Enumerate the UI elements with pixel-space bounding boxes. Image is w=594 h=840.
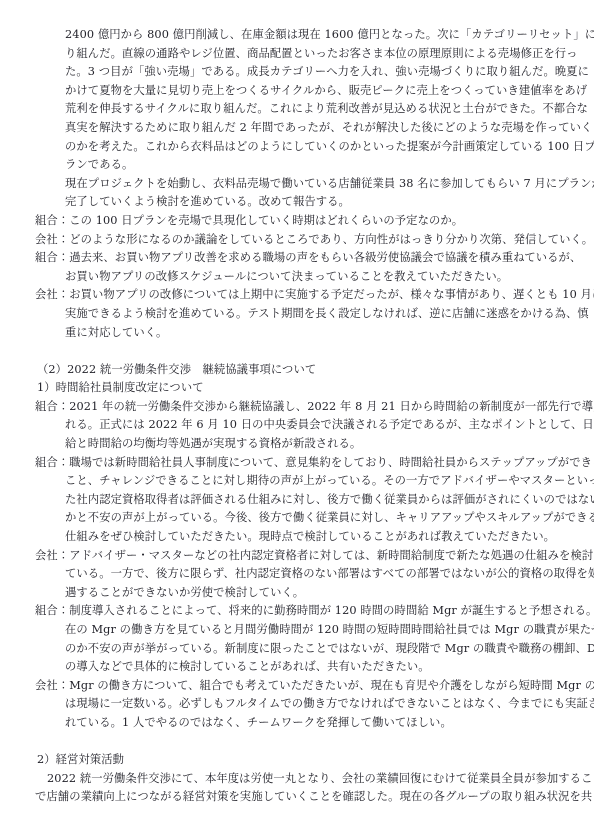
utterance-text: Mgr の働き方について、組合でも考えていただきたいが、現在も育児や介護をしなが… bbox=[69, 679, 594, 692]
text-line: ている。一方で、後方に限らず、社内認定資格のない部署はすべての部署ではないが公的… bbox=[35, 565, 562, 584]
speaker-label: 組合： bbox=[35, 214, 69, 227]
text-line: 遇することができないか労使で検討していく。 bbox=[35, 584, 562, 603]
text-line: た。3 つ目が「強い売場」である。成長カテゴリーへ力を入れ、強い売場づくりに取り… bbox=[35, 63, 562, 82]
text-line: 荒利を伸長するサイクルに取り組んだ。これにより荒利改善が見込める状況と土台ができ… bbox=[35, 100, 562, 119]
text-line: のかを考えた。これから衣料品はどのようにしていくのかといった提案が今計画策定して… bbox=[35, 138, 562, 157]
utterance-block: 組合：職場では新時間給社員人事制度について、意見集約をしており、時間給社員からス… bbox=[35, 454, 562, 547]
text-line: 現在プロジェクトを始動し、衣料品売場で働いている店舗従業員 38 名に参加しても… bbox=[35, 175, 562, 194]
paragraph-indented-block: 2400 億円から 800 億円削減し、在庫金額は現在 1600 億円となった。… bbox=[35, 26, 562, 175]
text-line: 組合：職場では新時間給社員人事制度について、意見集約をしており、時間給社員からス… bbox=[35, 454, 562, 473]
text-line: 1）時間給社員制度改定について bbox=[35, 379, 562, 398]
blank-block bbox=[35, 733, 562, 752]
text-line: 組合：この 100 日プランを売場で具現化していく時期はどれくらいの予定なのか。 bbox=[35, 212, 562, 231]
text-line: 会社：お買い物アプリの改修については上期中に実施する予定だったが、様々な事情があ… bbox=[35, 286, 562, 305]
speaker-label: 組合： bbox=[35, 604, 69, 617]
text-line: 在の Mgr の働き方を見ていると月間労働時間が 120 時間の短時間時間給社員… bbox=[35, 621, 562, 640]
text-line: 仕組みをぜひ検討していただきたい。現時点で検討していることがあれば教えていただき… bbox=[35, 528, 562, 547]
utterance-text: お買い物アプリの改修については上期中に実施する予定だったが、様々な事情があり、遅… bbox=[69, 288, 594, 301]
text-line: かと不安の声が上がっている。今後、後方で働く従業員に対し、キャリアアップやスキル… bbox=[35, 509, 562, 528]
utterance-block: 組合：制度導入されることによって、将来的に勤務時間が 120 時間の時間給 Mg… bbox=[35, 602, 562, 676]
document-page-content: 2400 億円から 800 億円削減し、在庫金額は現在 1600 億円となった。… bbox=[35, 26, 562, 807]
text-line: れる。正式には 2022 年 6 月 10 日の中央委員会で決議される予定である… bbox=[35, 416, 562, 435]
speaker-label: 組合： bbox=[35, 456, 69, 469]
utterance-block: 会社：お買い物アプリの改修については上期中に実施する予定だったが、様々な事情があ… bbox=[35, 286, 562, 342]
text-line: た社内認定資格取得者は評価される仕組みに対し、後方で働く従業員からは評価がされに… bbox=[35, 491, 562, 510]
text-line: こと、チャレンジできることに対し期待の声が上がっている。その一方でアドバイザーや… bbox=[35, 472, 562, 491]
heading-block: （2）2022 統一労働条件交渉 継続協議事項について bbox=[35, 361, 562, 380]
utterance-text: 制度導入されることによって、将来的に勤務時間が 120 時間の時間給 Mgr が… bbox=[69, 604, 594, 617]
text-line: かけて夏物を大量に見切り売上をつくるサイクルから、販売ピークに売上をつくっていき… bbox=[35, 82, 562, 101]
speaker-label: 会社： bbox=[35, 549, 69, 562]
text-line: 組合：制度導入されることによって、将来的に勤務時間が 120 時間の時間給 Mg… bbox=[35, 602, 562, 621]
text-line: 会社：アドバイザー・マスターなどの社内認定資格者に対しては、新時間給制度で新たな… bbox=[35, 547, 562, 566]
text-line: 給と時間給の均衡均等処遇が実現する資格が新設される。 bbox=[35, 435, 562, 454]
text-line: 完了していくよう検討を進めている。改めて報告する。 bbox=[35, 193, 562, 212]
text-line: で店舗の業績向上につながる経営対策を実施していくことを確認した。現在の各グループ… bbox=[35, 788, 562, 807]
speaker-label: 組合： bbox=[35, 400, 69, 413]
blank-block bbox=[35, 342, 562, 361]
utterance-block: 組合：過去来、お買い物アプリ改善を求める職場の声をもらい各級労使協議会で協議を積… bbox=[35, 249, 562, 286]
speaker-label: 会社： bbox=[35, 288, 69, 301]
text-line: 真実を解決するために取り組んだ 2 年間であったが、それが解決した後にどのような… bbox=[35, 119, 562, 138]
text-line: れている。1 人でやるのではなく、チームワークを発揮して働いてほしい。 bbox=[35, 714, 562, 733]
utterance-block: 会社：どのような形になるのか議論をしているところであり、方向性がはっきり分かり次… bbox=[35, 231, 562, 250]
speaker-label: 会社： bbox=[35, 233, 69, 246]
text-line: お買い物アプリの改修スケジュールについて決まっていることを教えていただきたい。 bbox=[35, 268, 562, 287]
utterance-block: 組合：この 100 日プランを売場で具現化していく時期はどれくらいの予定なのか。 bbox=[35, 212, 562, 231]
text-line: 実施できるよう検討を進めている。テスト期間を長く設定しなければ、逆に店舗に迷惑を… bbox=[35, 305, 562, 324]
utterance-block: 会社：Mgr の働き方について、組合でも考えていただきたいが、現在も育児や介護を… bbox=[35, 677, 562, 733]
text-line: 2）経営対策活動 bbox=[35, 751, 562, 770]
utterance-block: 組合：2021 年の統一労働条件交渉から継続協議し、2022 年 8 月 21 … bbox=[35, 398, 562, 454]
utterance-text: 職場では新時間給社員人事制度について、意見集約をしており、時間給社員からステップ… bbox=[69, 456, 594, 469]
text-line: り組んだ。直線の通路やレジ位置、商品配置といったお客さま本位の原理原則による売場… bbox=[35, 45, 562, 64]
utterance-text: 過去来、お買い物アプリ改善を求める職場の声をもらい各級労使協議会で協議を積み重ね… bbox=[69, 251, 581, 264]
text-line: 2022 統一労働条件交渉にて、本年度は労使一丸となり、会社の業績回復にむけて従… bbox=[35, 770, 562, 789]
text-line: ランである。 bbox=[35, 156, 562, 175]
utterance-text: アドバイザー・マスターなどの社内認定資格者に対しては、新時間給制度で新たな処遇の… bbox=[69, 549, 594, 562]
text-line: 2400 億円から 800 億円削減し、在庫金額は現在 1600 億円となった。… bbox=[35, 26, 562, 45]
paragraph-flush-block: 2022 統一労働条件交渉にて、本年度は労使一丸となり、会社の業績回復にむけて従… bbox=[35, 770, 562, 807]
text-line: 組合：2021 年の統一労働条件交渉から継続協議し、2022 年 8 月 21 … bbox=[35, 398, 562, 417]
text-line: の導入などで具体的に検討していることがあれば、共有いただきたい。 bbox=[35, 658, 562, 677]
utterance-text: 2021 年の統一労働条件交渉から継続協議し、2022 年 8 月 21 日から… bbox=[69, 400, 594, 413]
text-line: 会社：Mgr の働き方について、組合でも考えていただきたいが、現在も育児や介護を… bbox=[35, 677, 562, 696]
text-line: 組合：過去来、お買い物アプリ改善を求める職場の声をもらい各級労使協議会で協議を積… bbox=[35, 249, 562, 268]
utterance-text: どのような形になるのか議論をしているところであり、方向性がはっきり分かり次第、発… bbox=[69, 233, 593, 246]
paragraph-indented-block: 現在プロジェクトを始動し、衣料品売場で働いている店舗従業員 38 名に参加しても… bbox=[35, 175, 562, 212]
text-line: 会社：どのような形になるのか議論をしているところであり、方向性がはっきり分かり次… bbox=[35, 231, 562, 250]
heading-block: 1）時間給社員制度改定について bbox=[35, 379, 562, 398]
utterance-block: 会社：アドバイザー・マスターなどの社内認定資格者に対しては、新時間給制度で新たな… bbox=[35, 547, 562, 603]
document-page: 2400 億円から 800 億円削減し、在庫金額は現在 1600 億円となった。… bbox=[0, 0, 594, 840]
utterance-text: この 100 日プランを売場で具現化していく時期はどれくらいの予定なのか。 bbox=[69, 214, 463, 227]
text-line: のか不安の声が挙がっている。新制度に限ったことではないが、現段階で Mgr の職… bbox=[35, 640, 562, 659]
text-line: 重に対応していく。 bbox=[35, 324, 562, 343]
text-line: は現場に一定数いる。必ずしもフルタイムでの働き方でなければできないことはなく、今… bbox=[35, 695, 562, 714]
speaker-label: 会社： bbox=[35, 679, 69, 692]
heading-block: 2）経営対策活動 bbox=[35, 751, 562, 770]
text-line: （2）2022 統一労働条件交渉 継続協議事項について bbox=[35, 361, 562, 380]
speaker-label: 組合： bbox=[35, 251, 69, 264]
